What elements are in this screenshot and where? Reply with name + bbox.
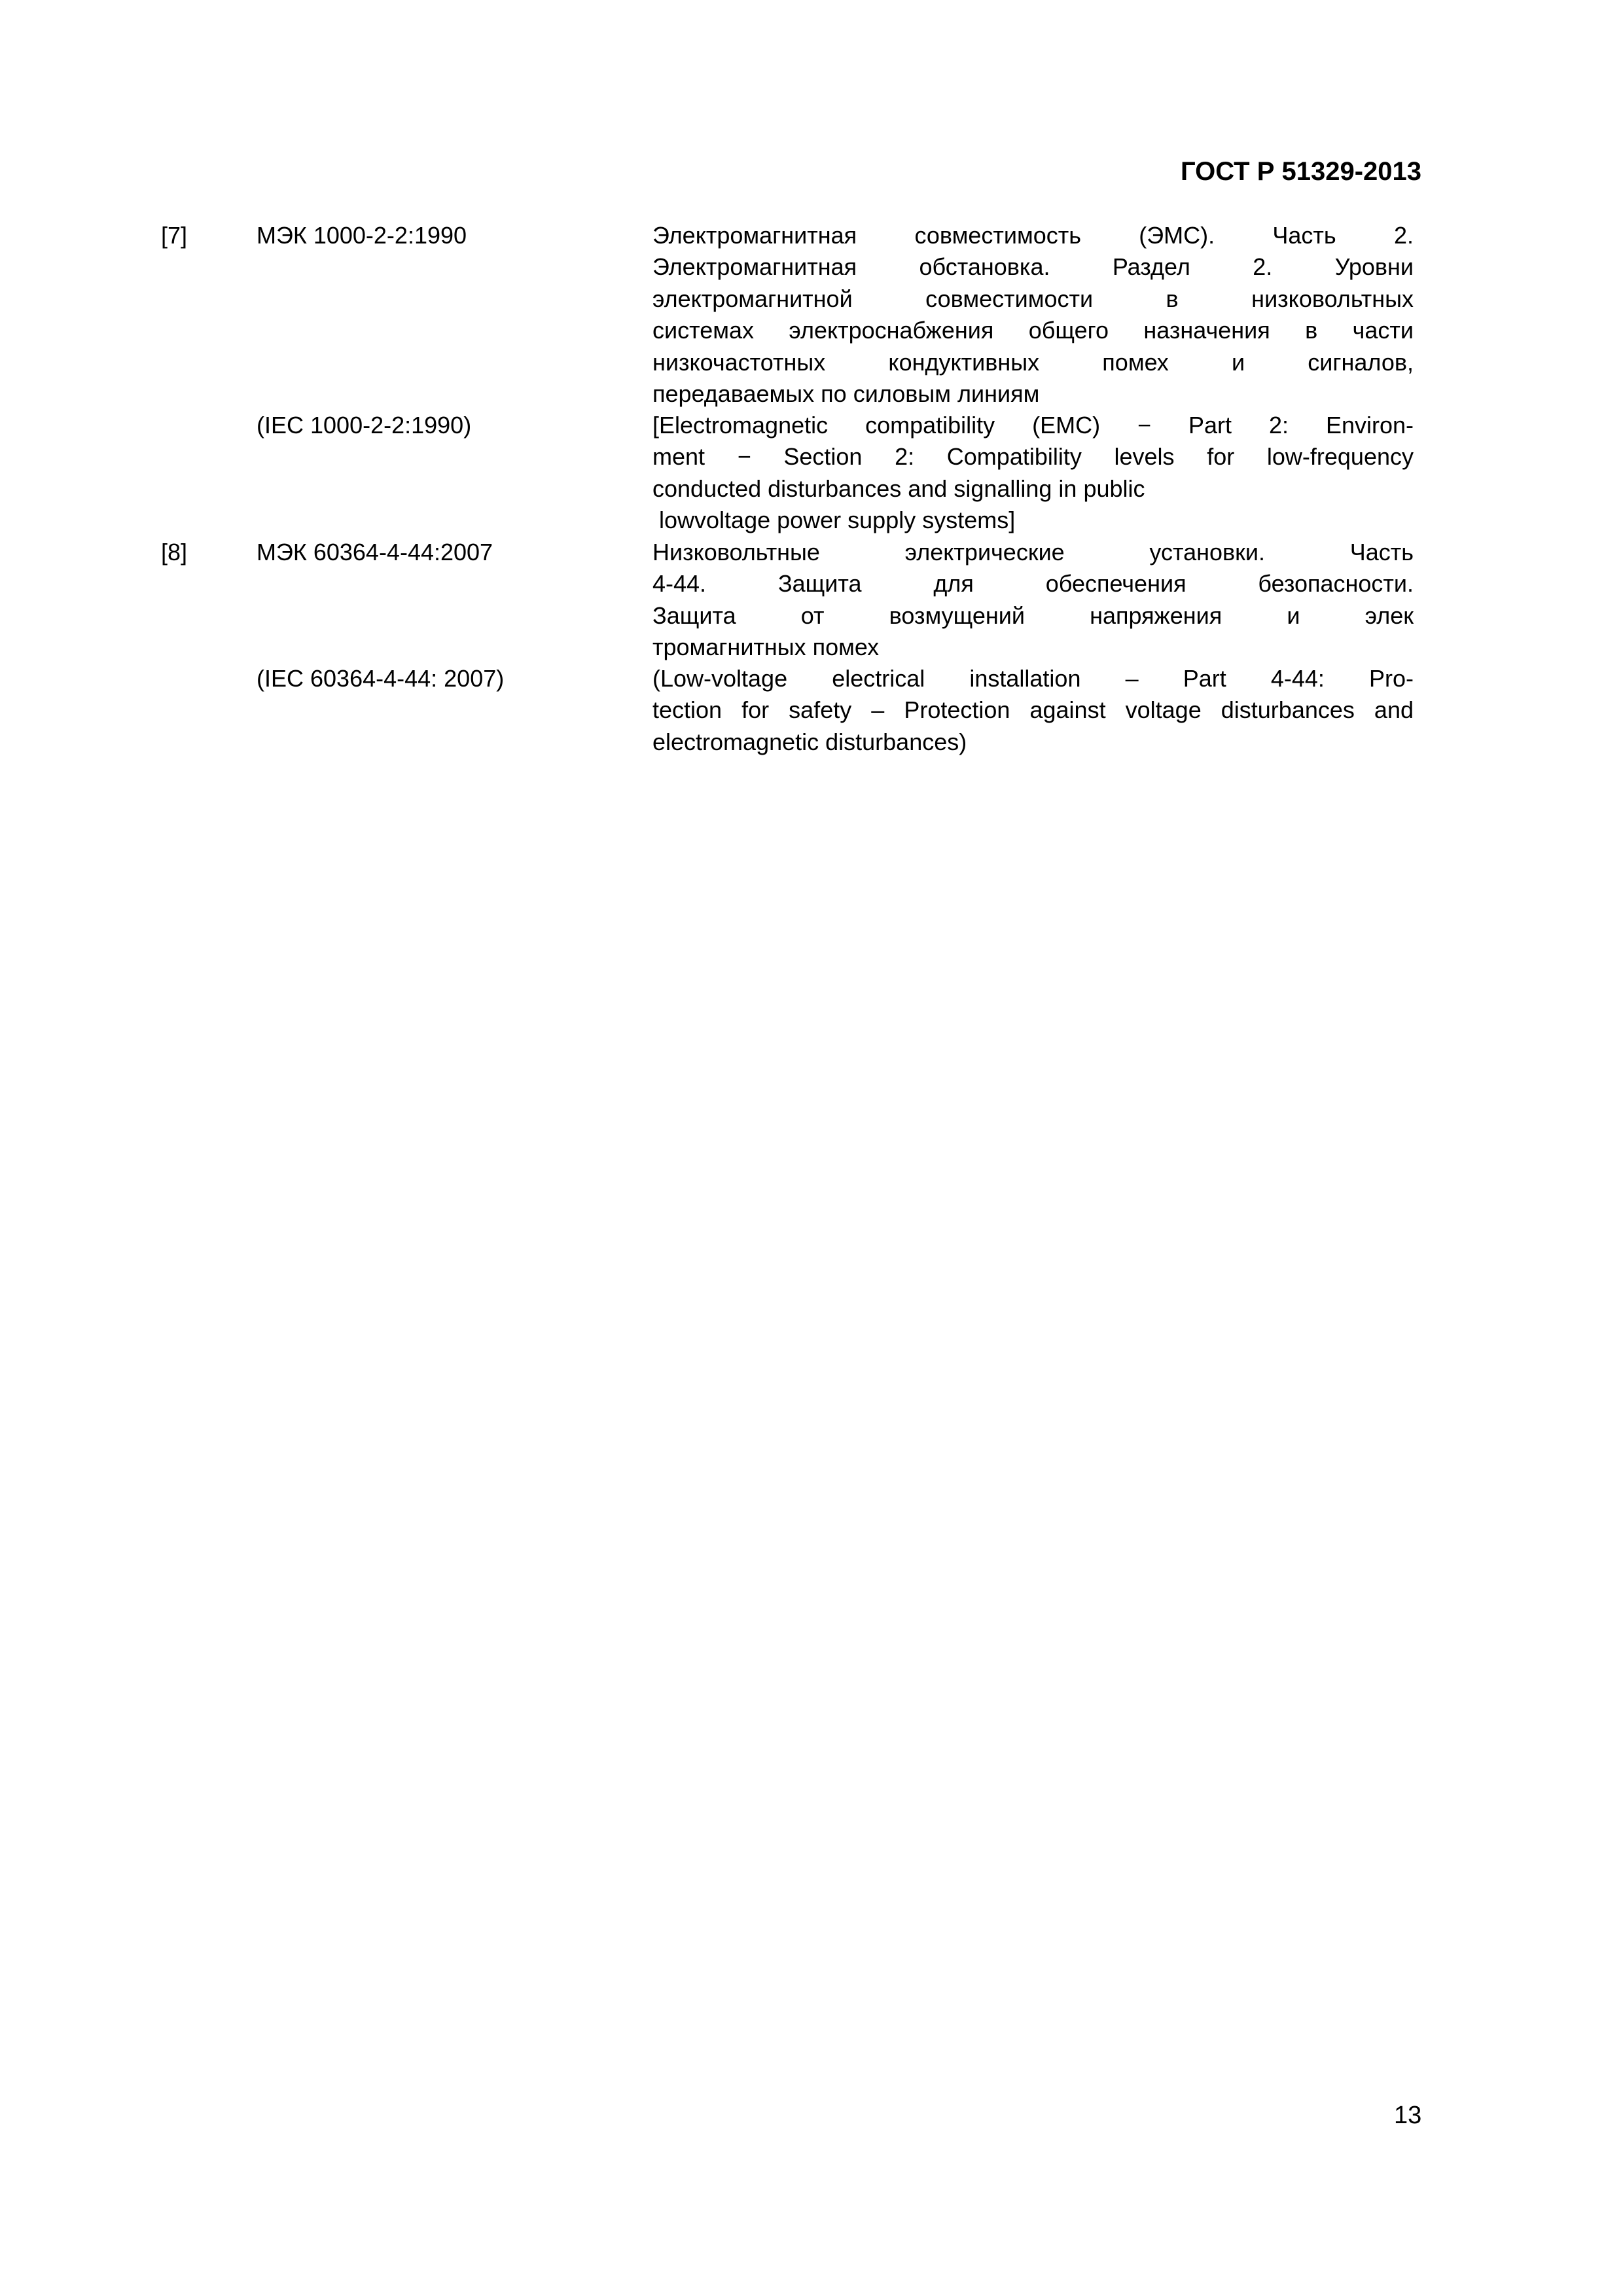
page-header-title: ГОСТ Р 51329-2013	[1181, 154, 1436, 188]
reference-number: [8]	[161, 537, 187, 568]
reference-title-ru: Низковольтные электрические установки. Ч…	[652, 537, 1414, 664]
text-line: 4-44. Защита для обеспечения безопасност…	[652, 568, 1414, 600]
text-line: ment − Section 2: Compatibility levels f…	[652, 441, 1414, 473]
text-line: низкочастотных кондуктивных помех и сигн…	[652, 347, 1414, 378]
text-line: (Low-voltage electrical installation – P…	[652, 663, 1414, 694]
text-line: Защита от возмущений напряжения и элек	[652, 600, 1414, 632]
reference-title-en: (Low-voltage electrical installation – P…	[652, 663, 1414, 758]
text-line: [Electromagnetic compatibility (EMC) − P…	[652, 410, 1414, 441]
reference-code-ru: МЭК 60364-4-44:2007	[257, 537, 493, 568]
text-line: conducted disturbances and signalling in…	[652, 473, 1414, 505]
page-number: 13	[1394, 2100, 1421, 2131]
text-line: Электромагнитная совместимость (ЭМС). Ча…	[652, 220, 1414, 251]
text-line: Низковольтные электрические установки. Ч…	[652, 537, 1414, 568]
text-line: передаваемых по силовым линиям	[652, 378, 1414, 410]
text-line: tection for safety – Protection against …	[652, 694, 1414, 726]
text-line: Электромагнитная обстановка. Раздел 2. У…	[652, 251, 1414, 283]
text-line: electromagnetic disturbances)	[652, 726, 1414, 758]
text-line: lowvoltage power supply systems]	[652, 505, 1414, 536]
reference-code-en: (IEC 1000-2-2:1990)	[257, 410, 471, 441]
reference-title-en: [Electromagnetic compatibility (EMC) − P…	[652, 410, 1414, 537]
reference-code-en: (IEC 60364-4-44: 2007)	[257, 663, 504, 694]
reference-code-ru: МЭК 1000-2-2:1990	[257, 220, 467, 251]
text-line: тромагнитных помех	[652, 632, 1414, 663]
reference-title-ru: Электромагнитная совместимость (ЭМС). Ча…	[652, 220, 1414, 410]
text-line: электромагнитной совместимости в низково…	[652, 283, 1414, 315]
reference-number: [7]	[161, 220, 187, 251]
text-line: системах электроснабжения общего назначе…	[652, 315, 1414, 346]
